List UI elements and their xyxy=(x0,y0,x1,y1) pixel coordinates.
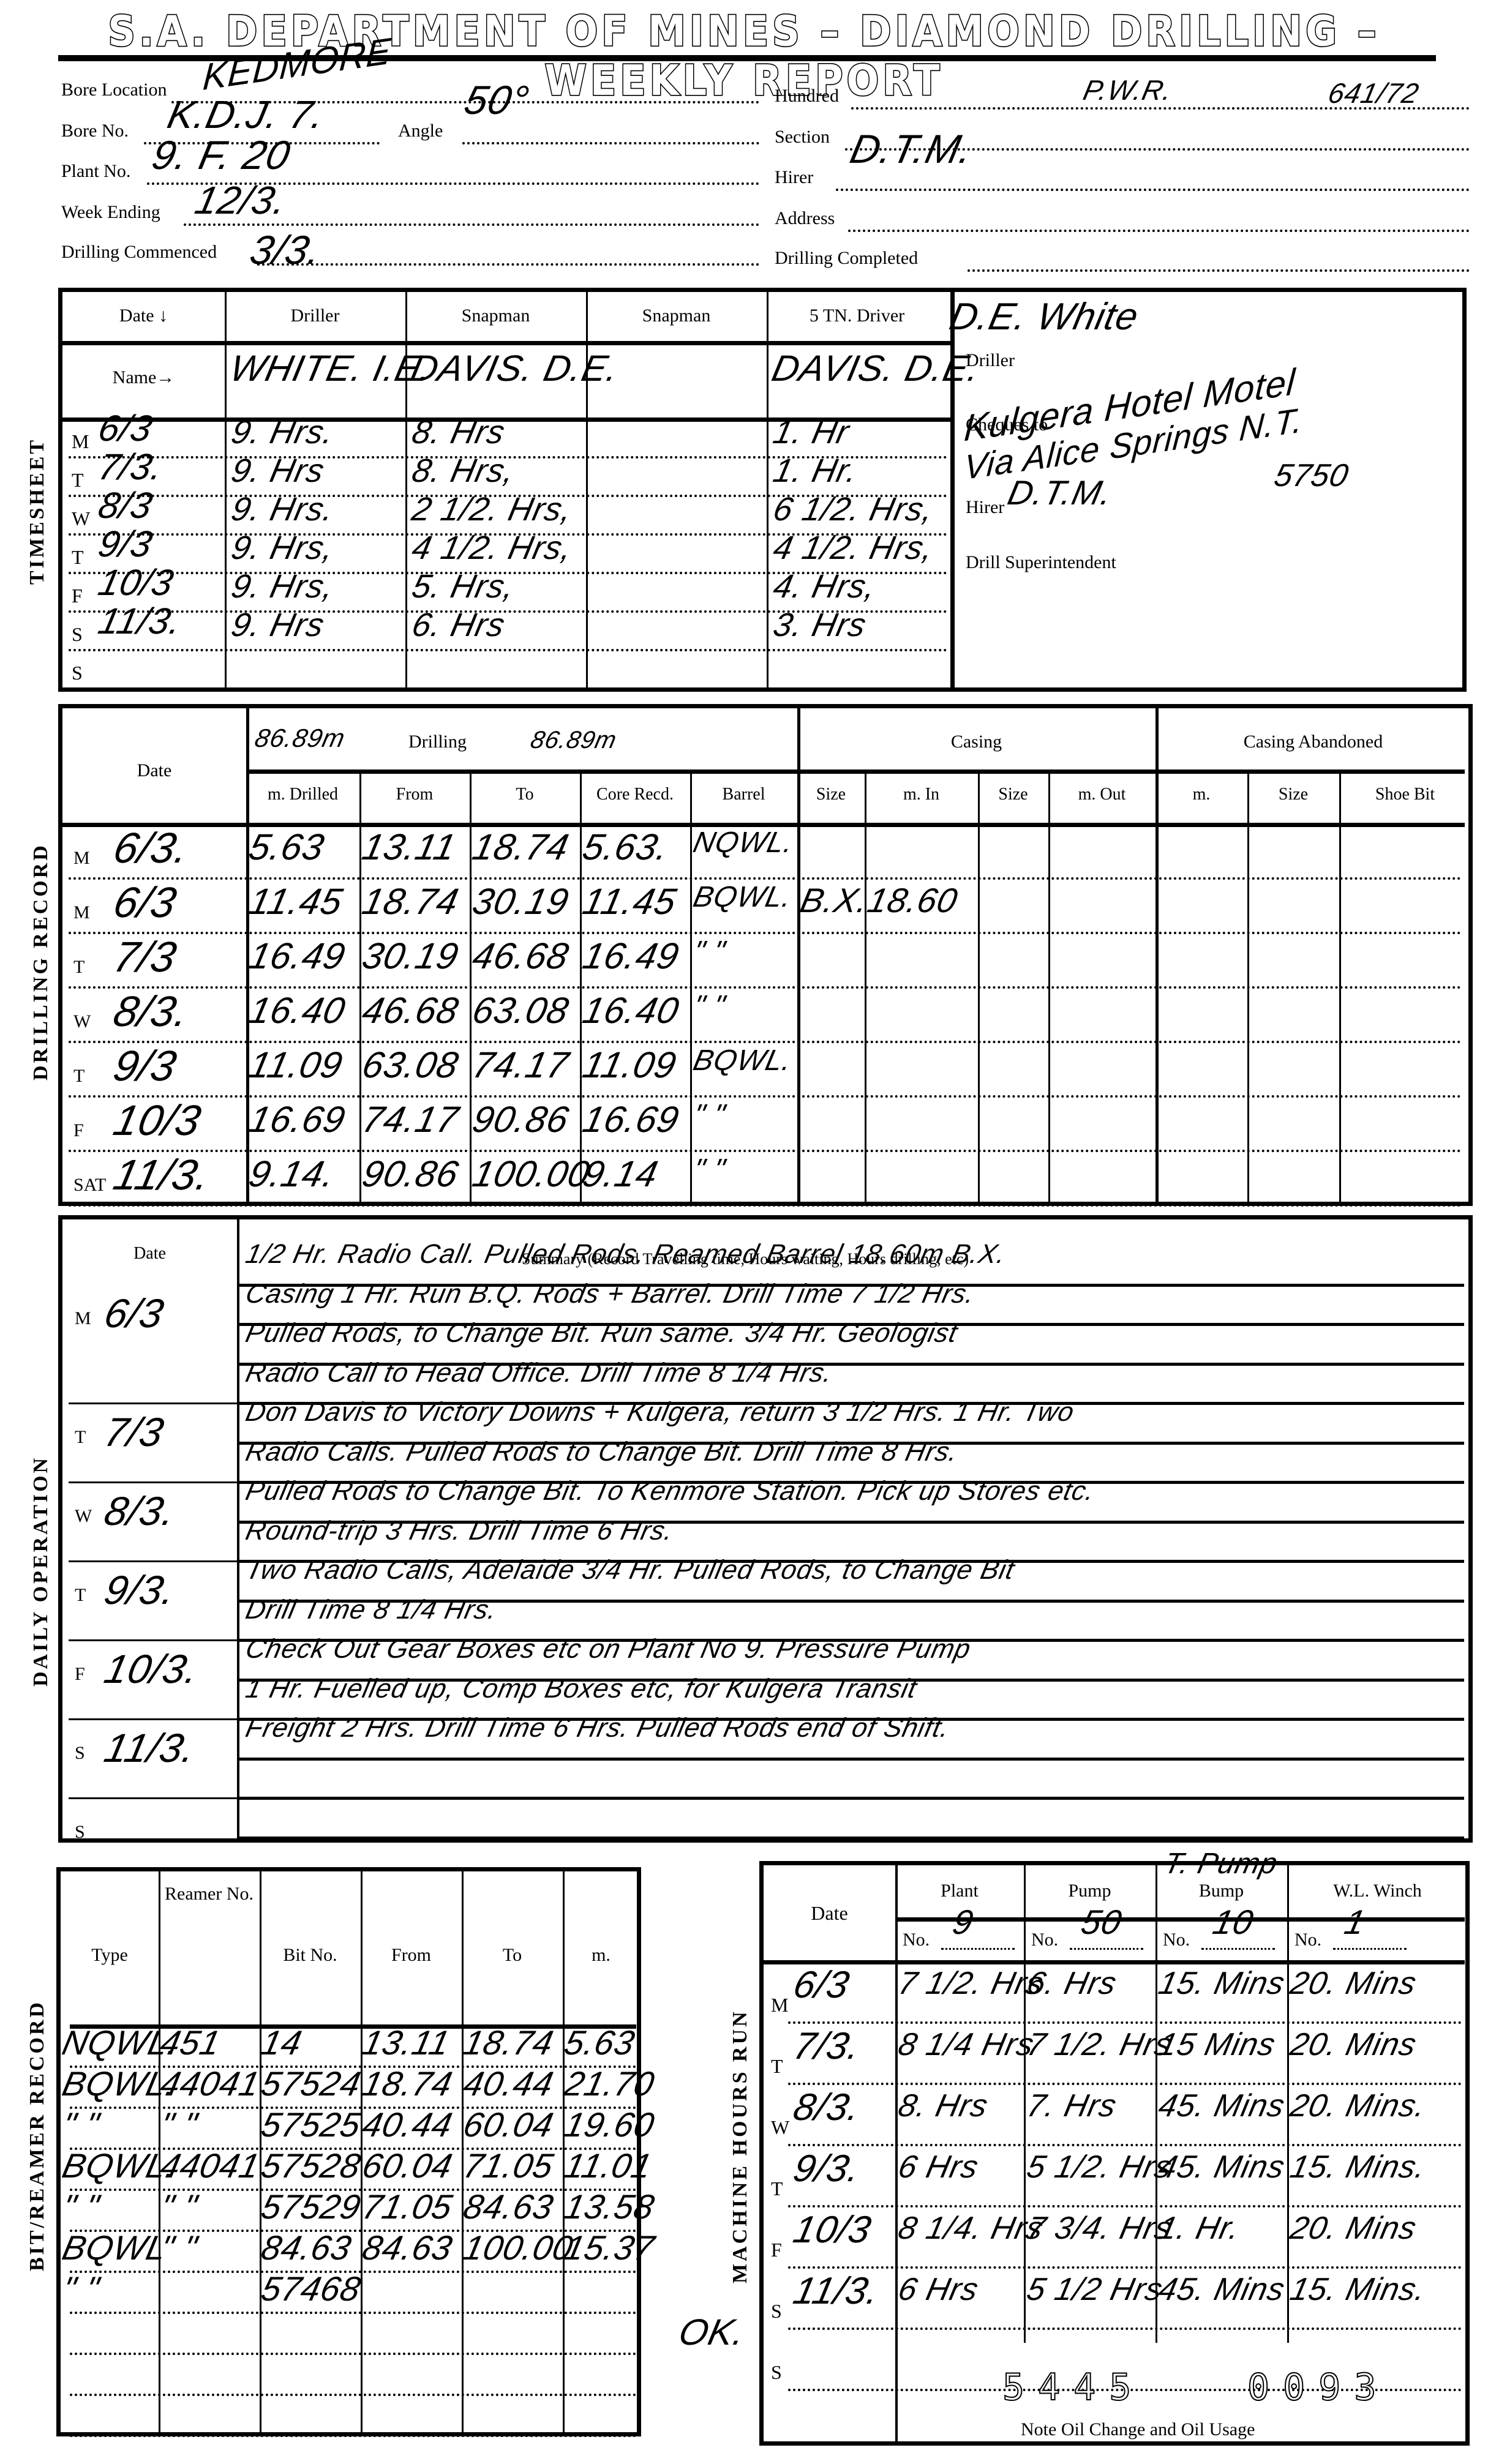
drilling-cell-to: 18.74 xyxy=(469,826,573,868)
field-line-drilling_commenced xyxy=(257,263,759,266)
timesheet-hours-cell: 9. Hrs xyxy=(228,452,328,490)
row-divider xyxy=(788,2327,1462,2330)
timesheet-hours-cell: 4. Hrs, xyxy=(770,567,879,605)
summary-text-line: 1/2 Hr. Radio Call. Pulled Rods. Reamed … xyxy=(243,1239,1009,1270)
drilling-cell-core: 11.09 xyxy=(579,1044,680,1086)
drilling-day-letter: SAT xyxy=(73,1175,106,1196)
drilling-cell-m-drilled: 16.40 xyxy=(246,989,350,1032)
field-line-hirer xyxy=(836,189,1470,191)
date-row-divider xyxy=(69,1481,237,1483)
date-row-divider xyxy=(69,1797,237,1799)
timesheet-hours-cell: 6. Hrs xyxy=(408,606,508,644)
machine-no-value: 10 xyxy=(1209,1902,1257,1942)
field-line-angle xyxy=(462,142,759,144)
machine-no-value: 1 xyxy=(1341,1902,1369,1942)
drilling-column-header: To xyxy=(470,785,580,804)
daily-day-letter: T xyxy=(75,1585,86,1606)
row-divider xyxy=(788,2205,1462,2207)
timesheet-hours-cell: 9. Hrs, xyxy=(228,567,337,605)
drilling-column-header: Shoe Bit xyxy=(1339,785,1471,804)
driller-signature: D.E. White xyxy=(945,295,1142,339)
grid-line xyxy=(767,292,768,690)
row-divider xyxy=(70,2312,636,2314)
drilling-day-letter: F xyxy=(73,1120,84,1141)
row-divider xyxy=(788,2144,1462,2146)
machine-no-label: No. xyxy=(903,1930,930,1950)
bit-cell-bit: 57524 xyxy=(258,2064,365,2103)
row-divider xyxy=(69,1150,1462,1152)
field-label-drilling_commenced: Drilling Commenced xyxy=(61,242,217,263)
machine-day-letter: T xyxy=(771,2178,783,2200)
machine-date: 6/3 xyxy=(789,1963,853,2007)
timesheet-hours-cell: 5. Hrs, xyxy=(408,567,518,605)
drilling-date: 10/3 xyxy=(109,1096,205,1145)
daily-day-letter: S xyxy=(75,1743,85,1764)
timesheet-day-letter: F xyxy=(72,585,83,607)
drilling-cell-from: 90.86 xyxy=(359,1153,463,1195)
machine-hours-cell: 45. Mins xyxy=(1155,2149,1288,2185)
summary-text-line: Two Radio Calls, Adelaide 3/4 Hr. Pulled… xyxy=(243,1555,1018,1586)
timesheet-day-letter: S xyxy=(72,623,83,646)
drilling-cell-barrel: " " xyxy=(690,935,728,968)
timesheet-hours-cell: 9. Hrs. xyxy=(228,490,337,528)
machine-no-line xyxy=(941,1948,1015,1950)
drilling-cell-core: 9.14 xyxy=(579,1153,662,1195)
row-divider xyxy=(69,1041,1462,1043)
week-ending-value: 12/3. xyxy=(191,178,291,223)
drilling-column-header: Core Recd. xyxy=(580,785,690,804)
field-label-angle: Angle xyxy=(398,121,443,141)
machine-hours-side-label: MACHINE HOURS RUN xyxy=(729,2009,752,2283)
summary-ruling xyxy=(239,1837,1464,1840)
grid-line xyxy=(1155,708,1159,1204)
daily-date: 6/3 xyxy=(100,1290,168,1336)
bore-no-value: K.D.J. 7. xyxy=(163,92,329,137)
drilling-cell-core: 16.69 xyxy=(579,1098,683,1140)
drilling-cell-to: 46.68 xyxy=(469,935,573,977)
drilling-day-letter: M xyxy=(73,848,90,869)
drilling-cell-m-drilled: 16.69 xyxy=(246,1098,350,1140)
timesheet-date: 7/3. xyxy=(95,446,168,488)
date-row-divider xyxy=(69,1639,237,1641)
field-line-drilling_completed xyxy=(968,269,1470,272)
bit-cell-m: 19.60 xyxy=(561,2105,658,2144)
bit-cell-from: 18.74 xyxy=(359,2064,456,2103)
bit-cell-from: 71.05 xyxy=(359,2187,456,2226)
machine-no-value: 50 xyxy=(1078,1902,1125,1942)
drilling-cell-m-drilled: 9.14. xyxy=(246,1153,339,1195)
timesheet-hours-cell: 4 1/2. Hrs, xyxy=(770,529,937,567)
bit-cell-to: 18.74 xyxy=(460,2023,557,2062)
meter-reading-left: 5445 xyxy=(1002,2366,1145,2409)
field-label-address: Address xyxy=(775,208,835,229)
drilling-cell-m-drilled: 11.09 xyxy=(246,1044,347,1086)
machine-column-header: Bump xyxy=(1155,1881,1287,1901)
machine-day-letter: T xyxy=(771,2055,783,2078)
grid-line xyxy=(237,1219,239,1841)
bit-cell-to: 71.05 xyxy=(460,2146,557,2185)
drilling-cell-from: 18.74 xyxy=(359,880,463,923)
machine-hours-cell: 20. Mins xyxy=(1287,2026,1420,2063)
bit-cell-from: 13.11 xyxy=(359,2023,454,2062)
machine-column-header: W.L. Winch xyxy=(1287,1881,1468,1901)
timesheet-day-letter: S xyxy=(72,662,83,684)
bit-cell-from: 60.04 xyxy=(359,2146,456,2185)
machine-hours-cell: 7 1/2. Hrs xyxy=(1024,2026,1176,2063)
row-divider xyxy=(70,2394,636,2396)
daily-date: 9/3. xyxy=(100,1567,180,1613)
machine-day-letter: S xyxy=(771,2361,782,2384)
machine-day-letter: S xyxy=(771,2300,782,2323)
machine-no-line xyxy=(1070,1948,1143,1950)
row-divider xyxy=(69,877,1462,880)
grid-line xyxy=(1024,1865,1026,2343)
cheques-to-label: Cheques to xyxy=(966,414,1048,435)
drilling-cell-barrel: BQWL. xyxy=(690,880,795,914)
angle-value: 50° xyxy=(460,77,533,123)
drilling-date-header: Date xyxy=(62,760,246,781)
bit-cell-reamer: 44041 xyxy=(157,2064,264,2103)
drilling-cell-barrel: " " xyxy=(690,1098,728,1132)
bit-cell-m: 11.01 xyxy=(561,2146,656,2185)
field-line-week_ending xyxy=(184,223,759,226)
machine-hours-cell: 15. Mins xyxy=(1155,1965,1288,2002)
drilling-cell-barrel: " " xyxy=(690,1153,728,1186)
drilling-cell-from: 63.08 xyxy=(359,1044,463,1086)
drilling-cell-to: 90.86 xyxy=(469,1098,573,1140)
field-label-drilling_completed: Drilling Completed xyxy=(775,248,918,269)
machine-hours-cell: 1. Hr. xyxy=(1155,2210,1244,2247)
summary-text-line: Casing 1 Hr. Run B.Q. Rods + Barrel. Dri… xyxy=(243,1279,978,1309)
drilling-date: 6/3. xyxy=(109,823,194,872)
plant-no-value: 9. F. 20 xyxy=(148,132,295,178)
daily-operation-side-label: DAILY OPERATION xyxy=(29,1456,53,1687)
grid-line xyxy=(62,341,950,345)
bit-column-header: Bit No. xyxy=(260,1945,361,1966)
drilling-column-header: m. Out xyxy=(1048,785,1155,804)
drilling-record-section: DateDrilling86.89m86.89mCasingCasing Aba… xyxy=(58,704,1473,1206)
row-divider xyxy=(69,1095,1462,1098)
machine-hours-cell: 7 3/4. Hrs xyxy=(1024,2210,1176,2247)
bit-cell-type: " " xyxy=(59,2269,103,2309)
bit-cell-from: 84.63 xyxy=(359,2228,456,2267)
bit-cell-m: 13.58 xyxy=(561,2187,658,2226)
timesheet-hours-cell: 4 1/2. Hrs, xyxy=(408,529,576,567)
drilling-cell-to: 100.00 xyxy=(469,1153,594,1195)
row-divider xyxy=(70,2353,636,2355)
machine-day-letter: F xyxy=(771,2239,782,2261)
machine-date: 9/3. xyxy=(789,2147,865,2190)
timesheet-day-letter: T xyxy=(72,546,84,569)
daily-day-letter: M xyxy=(75,1308,91,1329)
timesheet-hours-cell: 9. Hrs. xyxy=(228,413,337,451)
bit-cell-to: 84.63 xyxy=(460,2187,557,2226)
field-label-hirer: Hirer xyxy=(775,167,813,188)
field-label-bore_no: Bore No. xyxy=(61,121,129,141)
row-divider xyxy=(788,2083,1462,2085)
summary-text-line: Pulled Rods to Change Bit. To Kenmore St… xyxy=(243,1476,1098,1507)
summary-ruling xyxy=(239,1758,1464,1761)
bit-cell-type: " " xyxy=(59,2105,103,2144)
drilling-column-header: Size xyxy=(797,785,865,804)
bit-cell-reamer: " " xyxy=(157,2228,201,2267)
machine-hours-cell: 20. Mins xyxy=(1287,2210,1420,2247)
machine-hours-cell: 45. Mins xyxy=(1155,2271,1288,2308)
drilling-date: 7/3 xyxy=(109,932,181,981)
bit-cell-m: 15.37 xyxy=(561,2228,658,2267)
timesheet-role-header: 5 TN. Driver xyxy=(767,305,947,326)
machine-hours-cell: 15. Mins. xyxy=(1287,2149,1430,2185)
drilling-date: 6/3 xyxy=(109,878,181,927)
daily-date: 10/3. xyxy=(100,1646,203,1692)
bit-cell-type: BQWL xyxy=(59,2228,171,2267)
grid-line xyxy=(246,770,1465,774)
machine-hours-cell: 8 1/4 Hrs xyxy=(895,2026,1038,2063)
row-divider xyxy=(69,687,947,690)
casing-cell: B.X. xyxy=(797,880,873,920)
drilling-cell-barrel: NQWL. xyxy=(690,826,797,859)
drilling-date: 9/3 xyxy=(109,1041,181,1090)
timesheet-side-label: TIMESHEET xyxy=(26,438,49,585)
timesheet-hours-cell: 2 1/2. Hrs, xyxy=(408,490,576,528)
machine-day-letter: M xyxy=(771,1994,788,2017)
timesheet-hours-cell: 6 1/2. Hrs, xyxy=(770,490,937,528)
drilling-cell-core: 5.63. xyxy=(579,826,673,868)
machine-no-label: No. xyxy=(1163,1930,1190,1950)
machine-hours-section: DatePlantNo.9PumpNo.50BumpNo.10W.L. Winc… xyxy=(759,1861,1470,2446)
drilling-total-annotation-right: 86.89m xyxy=(528,727,619,754)
drilling-cell-from: 46.68 xyxy=(359,989,463,1032)
machine-date: 7/3. xyxy=(789,2024,865,2068)
row-divider xyxy=(70,2435,636,2437)
grid-line xyxy=(797,708,800,1204)
field-label-bore_location: Bore Location xyxy=(61,80,167,100)
grid-line xyxy=(225,292,227,690)
bit-cell-type: " " xyxy=(59,2187,103,2226)
drilling-day-letter: M xyxy=(73,902,90,923)
drilling-date: 11/3. xyxy=(109,1150,215,1199)
machine-no-line xyxy=(1201,1948,1275,1950)
timesheet-hours-cell: 9. Hrs xyxy=(228,606,328,644)
summary-text-line: Drill Time 8 1/4 Hrs. xyxy=(243,1595,500,1625)
drilling-cell-from: 30.19 xyxy=(359,935,463,977)
summary-text-line: Check Out Gear Boxes etc on Plant No 9. … xyxy=(243,1634,974,1665)
timesheet-date: 9/3 xyxy=(95,523,157,565)
drilling-column-header: From xyxy=(359,785,470,804)
bit-cell-reamer: 44041 xyxy=(157,2146,264,2185)
bit-cell-reamer: " " xyxy=(157,2187,201,2226)
timesheet-role-header: Snapman xyxy=(586,305,767,326)
meter-reading-right: 0093 xyxy=(1247,2366,1390,2409)
drilling-cell-to: 30.19 xyxy=(469,880,573,923)
bit-cell-bit: 14 xyxy=(258,2023,306,2062)
machine-date: 11/3. xyxy=(789,2269,883,2313)
daily-date: 7/3 xyxy=(100,1409,168,1455)
drilling-cell-to: 74.17 xyxy=(469,1044,573,1086)
bit-cell-bit: 57525 xyxy=(258,2105,365,2144)
bit-column-header: Type xyxy=(61,1945,159,1966)
drilling-column-header: m. xyxy=(1155,785,1247,804)
summary-text-line: Don Davis to Victory Downs + Kulgera, re… xyxy=(243,1397,1077,1428)
bit-cell-from: 40.44 xyxy=(359,2105,456,2144)
bit-reamer-section: TypeReamer No.Bit No.FromTom.NQWL.451141… xyxy=(56,1867,641,2436)
timesheet-hours-cell: 8. Hrs xyxy=(408,413,508,451)
daily-day-letter: T xyxy=(75,1427,86,1448)
field-label-section: Section xyxy=(775,127,830,148)
bit-column-header: From xyxy=(361,1945,462,1966)
grid-line xyxy=(895,1865,898,2444)
machine-hours-cell: 15 Mins xyxy=(1155,2026,1279,2063)
summary-text-line: Radio Call to Head Office. Drill Time 8 … xyxy=(243,1358,836,1388)
drilling-column-header: Size xyxy=(978,785,1048,804)
date-row-divider xyxy=(69,1560,237,1562)
timesheet-section: Date ↓Name→DrillerWHITE. I.E.SnapmanDAVI… xyxy=(58,288,1467,692)
oil-usage-note: Note Oil Change and Oil Usage xyxy=(1021,2419,1255,2440)
drilling-column-header: m. Drilled xyxy=(246,785,359,804)
date-row-divider xyxy=(69,1402,237,1404)
timesheet-date-header: Date ↓ xyxy=(62,305,225,326)
casing-group-header: Casing xyxy=(797,732,1155,752)
bit-cell-reamer: 451 xyxy=(157,2023,224,2062)
summary-text-line: Round-trip 3 Hrs. Drill Time 6 Hrs. xyxy=(243,1516,677,1546)
machine-date-header: Date xyxy=(764,1902,895,1925)
daily-day-letter: S xyxy=(75,1822,85,1843)
drilling-cell-m-drilled: 5.63 xyxy=(246,826,328,868)
drilling-column-header: m. In xyxy=(865,785,978,804)
date-row-divider xyxy=(69,1718,237,1720)
drilling-cell-barrel: BQWL. xyxy=(690,1044,795,1077)
drilling-group-header: Drilling xyxy=(408,732,467,752)
drilling-day-letter: T xyxy=(73,1066,85,1087)
row-divider xyxy=(69,649,947,651)
summary-text-line: 1 Hr. Fuelled up, Comp Boxes etc, for Ku… xyxy=(243,1674,920,1704)
grid-line xyxy=(764,1960,1465,1964)
summary-text-line: Radio Calls. Pulled Rods to Change Bit. … xyxy=(243,1437,961,1467)
bit-cell-bit: 57468 xyxy=(258,2269,365,2309)
timesheet-hours-cell: 9. Hrs, xyxy=(228,529,337,567)
timesheet-worker-name: DAVIS. D.E. xyxy=(768,347,984,389)
timesheet-worker-name: WHITE. I.E. xyxy=(227,347,436,389)
bit-column-header: To xyxy=(462,1945,563,1966)
daily-day-letter: F xyxy=(75,1664,85,1685)
machine-hours-cell: 6. Hrs xyxy=(1024,1965,1120,2002)
drilling-day-letter: W xyxy=(73,1011,91,1032)
daily-operation-section: DateSummary (Record Travelling time, Hou… xyxy=(58,1215,1473,1843)
field-label-hundred: Hundred xyxy=(775,86,839,107)
machine-hours-cell: 6 Hrs xyxy=(895,2149,982,2185)
machine-column-header: Pump xyxy=(1024,1881,1155,1901)
row-divider xyxy=(788,2021,1462,2024)
timesheet-hours-cell: 1. Hr. xyxy=(770,452,861,490)
timesheet-worker-name: DAVIS. D.E. xyxy=(407,347,623,389)
approval-initials: OK. xyxy=(675,2311,750,2353)
machine-hours-cell: 15. Mins. xyxy=(1287,2271,1430,2308)
timesheet-date: 11/3. xyxy=(95,600,186,642)
bit-cell-bit: 57528 xyxy=(258,2146,365,2185)
row-divider xyxy=(69,932,1462,934)
drilling-commenced-value: 3/3. xyxy=(246,227,326,273)
drilling-day-letter: T xyxy=(73,957,85,978)
bit-cell-bit: 84.63 xyxy=(258,2228,355,2267)
bit-reamer-side-label: BIT/REAMER RECORD xyxy=(26,2000,49,2271)
machine-hours-cell: 8. Hrs xyxy=(895,2088,991,2124)
drilling-total-annotation-left: 86.89m xyxy=(252,724,348,753)
drilling-cell-from: 13.11 xyxy=(359,826,460,868)
daily-date-header: Date xyxy=(62,1244,237,1264)
machine-hours-cell: 5 1/2 Hrs xyxy=(1024,2271,1167,2308)
machine-hours-cell: 5 1/2. Hrs xyxy=(1024,2149,1176,2185)
hundred-ref: 641/72 xyxy=(1325,77,1422,110)
row-divider xyxy=(788,2266,1462,2269)
drilling-cell-from: 74.17 xyxy=(359,1098,463,1140)
hirer-value: D.T.M. xyxy=(846,125,977,172)
summary-text-line: Freight 2 Hrs. Drill Time 6 Hrs. Pulled … xyxy=(243,1713,953,1743)
machine-column-header: Plant xyxy=(895,1881,1024,1901)
bit-cell-to: 40.44 xyxy=(460,2064,557,2103)
machine-hours-cell: 20. Mins xyxy=(1287,1965,1420,2002)
bit-cell-to: 60.04 xyxy=(460,2105,557,2144)
timesheet-day-letter: T xyxy=(72,469,84,492)
machine-day-letter: W xyxy=(771,2116,789,2139)
timesheet-date: 10/3 xyxy=(95,561,178,604)
row-divider xyxy=(69,1204,1462,1207)
row-divider xyxy=(69,986,1462,989)
machine-hours-cell: 6 Hrs xyxy=(895,2271,982,2308)
bit-cell-bit: 57529 xyxy=(258,2187,365,2226)
summary-ruling xyxy=(239,1797,1464,1800)
casing-abandoned-group-header: Casing Abandoned xyxy=(1155,732,1471,752)
drilling-cell-core: 16.49 xyxy=(579,935,683,977)
bit-column-header: Reamer No. xyxy=(159,1884,260,1904)
drilling-cell-barrel: " " xyxy=(690,989,728,1023)
hirer-label: Hirer xyxy=(966,497,1004,518)
cheques-to-postcode: 5750 xyxy=(1271,457,1352,494)
hundred-value: P.W.R. xyxy=(1080,73,1176,107)
drilling-cell-core: 11.45 xyxy=(579,880,680,923)
bit-cell-reamer: " " xyxy=(157,2105,201,2144)
daily-date: 8/3. xyxy=(100,1488,180,1534)
drilling-column-header: Size xyxy=(1247,785,1339,804)
field-label-plant_no: Plant No. xyxy=(61,161,130,182)
machine-hours-cell: 45. Mins xyxy=(1155,2088,1288,2124)
drilling-cell-core: 16.40 xyxy=(579,989,683,1032)
daily-day-letter: W xyxy=(75,1506,92,1527)
timesheet-hours-cell: 8. Hrs, xyxy=(408,452,518,490)
timesheet-hours-cell: 1. Hr xyxy=(770,413,852,451)
grid-line xyxy=(895,1917,1465,1922)
pump-type-annotation: T. Pump xyxy=(1161,1847,1281,1881)
timesheet-date: 6/3 xyxy=(95,407,157,449)
machine-hours-cell: 20. Mins. xyxy=(1287,2088,1430,2124)
bit-cell-m: 21.70 xyxy=(561,2064,658,2103)
timesheet-day-letter: M xyxy=(72,430,89,453)
casing-cell: 18.60 xyxy=(864,880,961,920)
drilling-cell-to: 63.08 xyxy=(469,989,573,1032)
timesheet-day-letter: W xyxy=(72,507,90,530)
timesheet-date: 8/3 xyxy=(95,484,157,526)
drilling-cell-m-drilled: 11.45 xyxy=(246,880,347,923)
drilling-record-side-label: DRILLING RECORD xyxy=(29,843,53,1080)
machine-no-value: 9 xyxy=(949,1902,977,1942)
field-label-week_ending: Week Ending xyxy=(61,202,160,223)
bit-column-header: m. xyxy=(563,1945,639,1966)
timesheet-role-header: Driller xyxy=(225,305,405,326)
machine-no-label: No. xyxy=(1031,1930,1058,1950)
drill-superintendent-label: Drill Superintendent xyxy=(966,552,1116,573)
machine-date: 10/3 xyxy=(789,2208,875,2252)
machine-no-line xyxy=(1333,1948,1407,1950)
machine-no-label: No. xyxy=(1294,1930,1321,1950)
